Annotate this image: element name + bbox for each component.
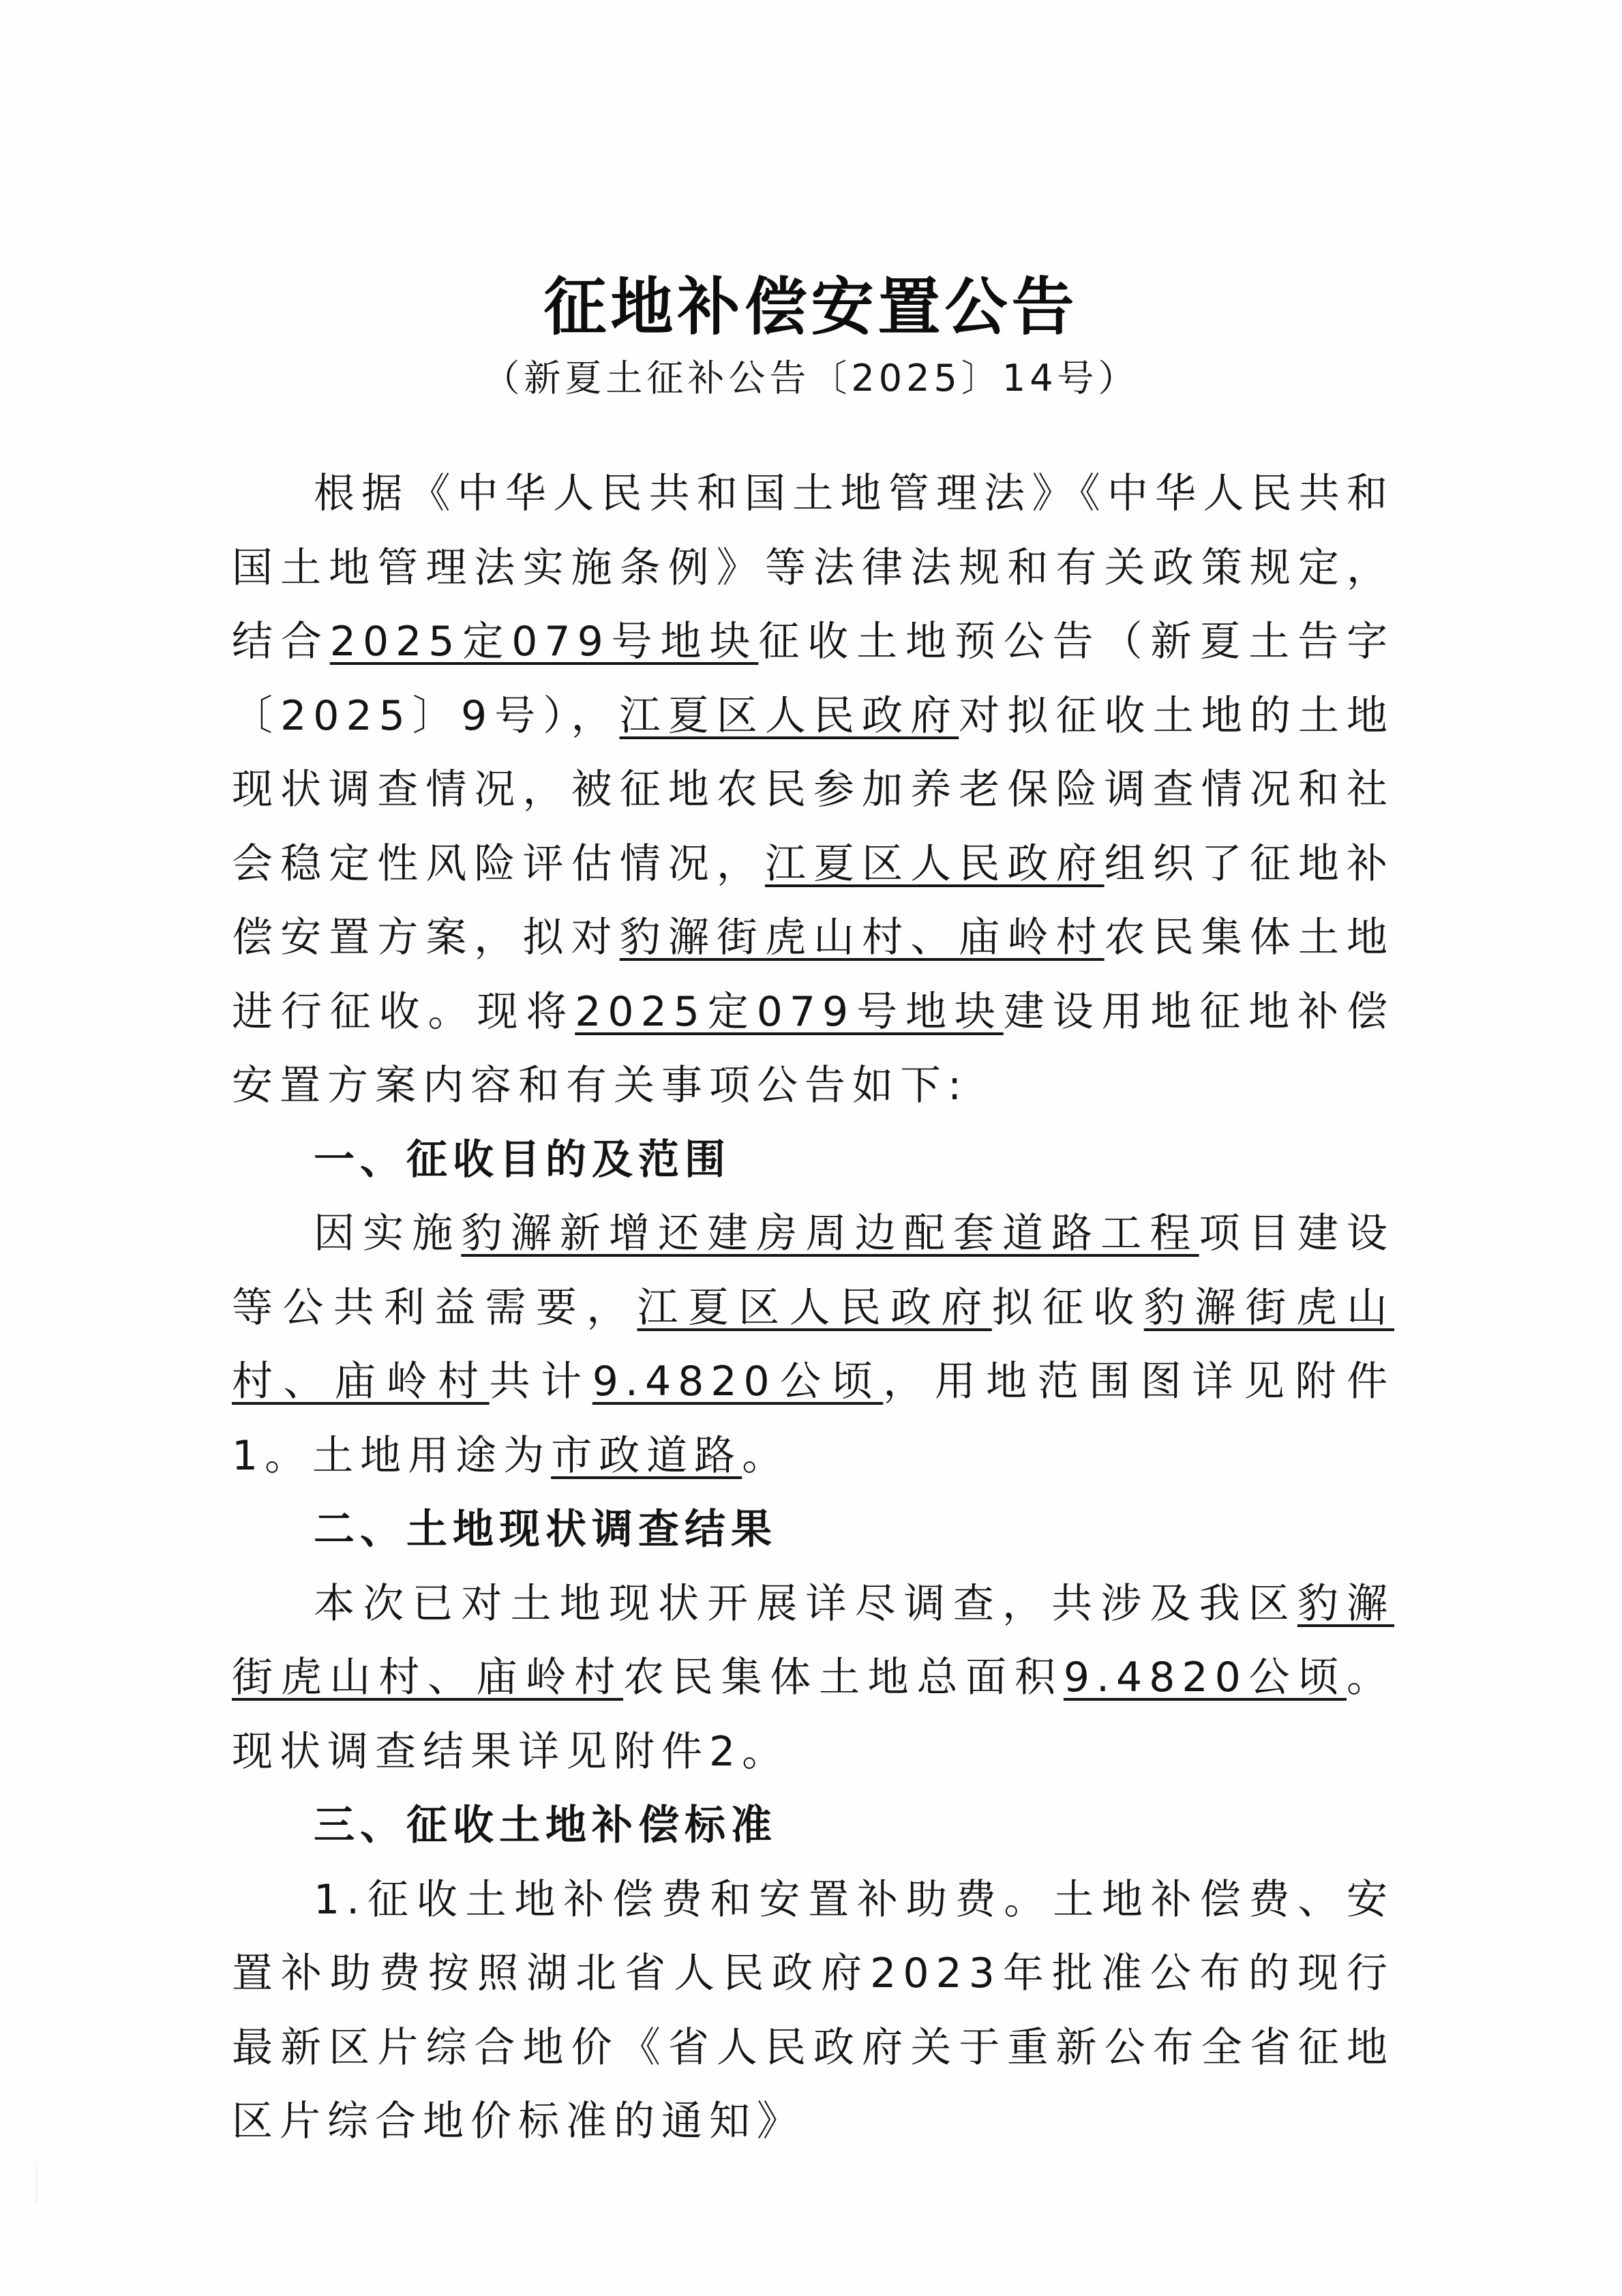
- text-segment: 共计: [490, 1358, 592, 1405]
- scan-artifact: [35, 2162, 37, 2203]
- land-area: 9.4820公顷: [1064, 1654, 1347, 1701]
- text-segment: 拟征收: [992, 1284, 1144, 1332]
- heading-text: 三、征收土地补偿标准: [314, 1802, 777, 1849]
- section-heading-1: 一、征收目的及范围: [232, 1123, 1394, 1197]
- section-heading-2: 二、土地现状调查结果: [232, 1493, 1394, 1567]
- text-segment: 本次已对土地现状开展详尽调查，共涉及我区: [314, 1580, 1297, 1628]
- heading-text: 二、土地现状调查结果: [314, 1506, 777, 1553]
- parcel-id: 2025定079号地块: [575, 988, 1004, 1036]
- survey-paragraph: 本次已对土地现状开展详尽调查，共涉及我区豹澥街虎山村、庙岭村农民集体土地总面积9…: [232, 1567, 1394, 1789]
- document-page: 征地补偿安置公告 （新夏土征补公告〔2025〕14号） 根据《中华人民共和国土地…: [0, 0, 1622, 2296]
- text-segment: 农民集体土地总面积: [623, 1654, 1064, 1701]
- land-area: 9.4820公顷: [592, 1358, 884, 1405]
- project-name: 豹澥新增还建房周边配套道路工程: [461, 1210, 1199, 1257]
- village-names: 豹澥街虎山村、庙岭村: [620, 914, 1105, 961]
- document-title: 征地补偿安置公告: [0, 266, 1622, 348]
- text-segment: 。: [742, 1432, 790, 1480]
- text-segment: 1.征收土地补偿费和安置补助费。土地补偿费、安置补助费按照湖北省人民政府2023…: [232, 1876, 1394, 2146]
- document-number: （新夏土征补公告〔2025〕14号）: [0, 351, 1622, 406]
- authority-name: 江夏区人民政府: [765, 840, 1105, 888]
- section-heading-3: 三、征收土地补偿标准: [232, 1789, 1394, 1863]
- document-body: 根据《中华人民共和国土地管理法》《中华人民共和国土地管理法实施条例》等法律法规和…: [232, 457, 1394, 2159]
- purpose-paragraph: 因实施豹澥新增还建房周边配套道路工程项目建设等公共利益需要，江夏区人民政府拟征收…: [232, 1197, 1394, 1493]
- authority-name: 江夏区人民政府: [620, 692, 959, 740]
- compensation-paragraph: 1.征收土地补偿费和安置补助费。土地补偿费、安置补助费按照湖北省人民政府2023…: [232, 1863, 1394, 2159]
- parcel-id: 2025定079号地块: [330, 618, 759, 666]
- text-segment: 因实施: [314, 1210, 461, 1257]
- authority-name: 江夏区人民政府: [637, 1284, 992, 1332]
- heading-text: 一、征收目的及范围: [314, 1136, 731, 1184]
- intro-paragraph: 根据《中华人民共和国土地管理法》《中华人民共和国土地管理法实施条例》等法律法规和…: [232, 457, 1394, 1123]
- land-use: 市政道路: [551, 1432, 742, 1480]
